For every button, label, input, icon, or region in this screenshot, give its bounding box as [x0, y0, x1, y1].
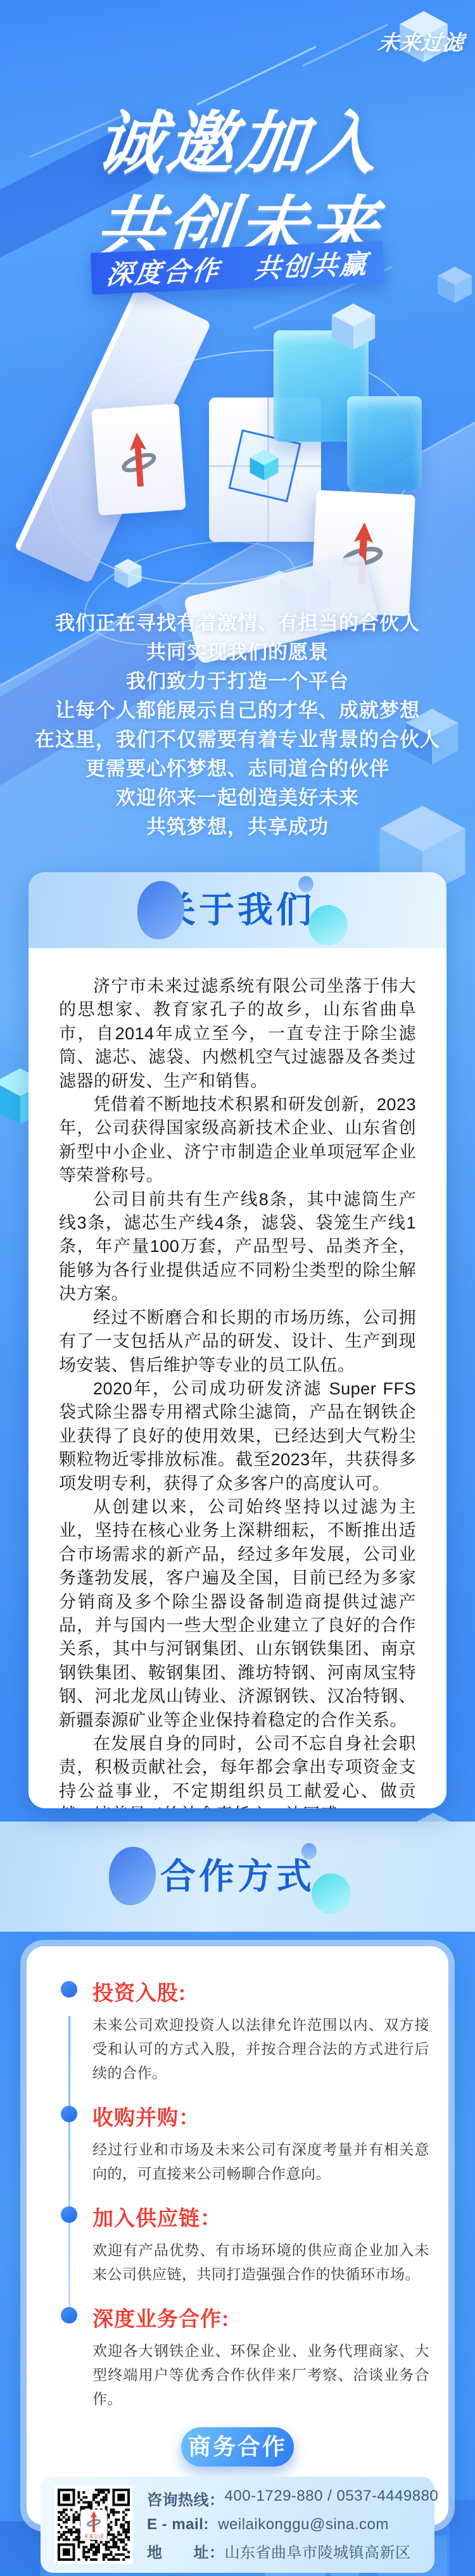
qr-code: 未来公司 — [54, 2485, 133, 2564]
about-us-header: 关于我们 — [28, 872, 446, 948]
address-value: 山东省曲阜市陵城镇高新区 — [225, 2540, 411, 2562]
about-paragraph: 从创建以来，公司始终坚持以过滤为主业，坚持在核心业务上深耕细耘，不断推出适合市场… — [59, 1496, 416, 1732]
cooperation-item: 加入供应链： 欢迎有产品优势、有市场环境的供应商企业加入未来公司供应链，共同打造… — [62, 2202, 429, 2286]
cooperation-item-body: 经过行业和市场及未来公司有深度考量并有相关意向的，可直接来公司畅聊合作意向。 — [92, 2137, 429, 2185]
contact-address-row: 地 址： 山东省曲阜市陵城镇高新区 — [147, 2540, 438, 2562]
intro-text-block: 我们正在寻找有着激情、有担当的合伙人 共同实现我们的愿景 我们致力于打造一个平台… — [0, 609, 475, 842]
bullet-dot-icon — [61, 1981, 77, 1998]
contact-rows: 咨询热线： 400-1729-880 / 0537-4449880 E - ma… — [147, 2487, 438, 2562]
mini-cube-decoration — [248, 449, 280, 481]
address-label: 地 址： — [147, 2540, 225, 2562]
about-paragraph: 在发展自身的同时，公司不忘自身社会职责，积极贡献社会，每年都会拿出专项资金支持公… — [59, 1732, 416, 1808]
white-cube-decoration — [329, 303, 377, 351]
cooperation-item-title: 投资入股: — [92, 1977, 429, 2006]
bullet-dot-icon — [61, 2106, 77, 2122]
about-paragraph: 2020年，公司成功研发济滤 Super FFS 袋式除尘器专用褶式除尘滤筒，产… — [59, 1377, 416, 1496]
up-arrow-swoosh-icon — [114, 423, 163, 497]
hero-title-line1: 诚邀加入 — [0, 106, 475, 181]
intro-line: 让每个人都能展示自己的才华、成就梦想 — [0, 696, 475, 725]
small-dot-icon — [301, 1843, 317, 1860]
hotline-label: 咨询热线： — [147, 2487, 225, 2510]
about-us-body: 济宁市未来过滤系统有限公司坐落于伟大的思想家、教育家孔子的故乡，山东省曲阜市，自… — [28, 948, 446, 1808]
intro-line: 共同实现我们的愿景 — [0, 638, 475, 667]
intro-line: 共筑梦想，共享成功 — [0, 813, 475, 842]
subtitle-right: 共创共赢 — [253, 243, 370, 286]
about-paragraph: 凭借着不断地技术积累和研发创新，2023年，公司获得国家级高新技术企业、山东省创… — [59, 1093, 416, 1188]
intro-line: 我们致力于打造一个平台 — [0, 667, 475, 696]
cooperation-item-body: 欢迎各大钢铁企业、环保企业、业务代理商家、大型终端用户等优秀合作伙伴来厂考察、洽… — [92, 2339, 429, 2411]
cooperation-item-title: 加入供应链： — [92, 2202, 429, 2232]
cooperation-section-header: 合作方式 — [0, 1822, 475, 1932]
intro-line: 更需要心怀梦想、志同道合的伙伴 — [0, 754, 475, 784]
contact-email-row: E - mail: weilaikonggu@sina.com — [147, 2516, 438, 2534]
diagonal-streak — [196, 46, 317, 106]
cooperation-card: 投资入股: 未来公司欢迎投资人以法律允许范围以内、双方接受和认可的方式入股，并按… — [27, 1946, 448, 2525]
hotline-value: 400-1729-880 / 0537-4449880 — [225, 2487, 439, 2510]
cooperation-item-title: 深度业务合作: — [92, 2303, 429, 2332]
business-cooperation-button[interactable]: 商务合作 — [181, 2427, 294, 2467]
email-label: E - mail: — [147, 2516, 218, 2534]
cooperation-item-title: 收购并购： — [92, 2101, 429, 2131]
brand-logo-text: 未来过滤 — [370, 27, 472, 56]
cooperation-items: 投资入股: 未来公司欢迎投资人以法律允许范围以内、双方接受和认可的方式入股，并按… — [27, 1946, 448, 2411]
qr-label: 未来公司 — [84, 2534, 104, 2539]
hero-3d-illustration — [0, 272, 475, 630]
brand-logo: 未来过滤 — [370, 13, 472, 67]
contact-panel: 未来公司 咨询热线： 400-1729-880 / 0537-4449880 E… — [41, 2477, 434, 2573]
recruitment-poster: 未来过滤 诚邀加入 共创未来 深度合作 共创共赢 — [0, 0, 475, 2576]
about-paragraph: 公司目前共有生产线8条，其中滤筒生产线3条，滤芯生产线4条，滤袋、袋笼生产线1条… — [59, 1188, 416, 1306]
contact-hotline-row: 咨询热线： 400-1729-880 / 0537-4449880 — [147, 2487, 438, 2510]
email-value: weilaikonggu@sina.com — [218, 2516, 389, 2534]
cooperation-item-body: 欢迎有产品优势、有市场环境的供应商企业加入未来公司供应链，共同打造强强合作的快循… — [92, 2238, 429, 2286]
cooperation-item: 投资入股: 未来公司欢迎投资人以法律允许范围以内、双方接受和认可的方式入股，并按… — [62, 1977, 429, 2085]
filter-cube-with-arrow — [91, 403, 186, 515]
up-arrow-swoosh-icon — [58, 2510, 130, 2533]
bullet-dot-icon — [61, 2206, 77, 2223]
intro-line: 我们正在寻找有着激情、有担当的合伙人 — [0, 609, 475, 638]
bottom-bar-decoration — [450, 2500, 475, 2576]
cooperation-title: 合作方式 — [0, 1822, 475, 1932]
cooperation-item-body: 未来公司欢迎投资人以法律允许范围以内、双方接受和认可的方式入股，并按合理合法的方… — [92, 2013, 429, 2085]
subtitle-left: 深度合作 — [105, 249, 222, 292]
about-us-card: 关于我们 济宁市未来过滤系统有限公司坐落于伟大的思想家、教育家孔子的故乡，山东省… — [28, 872, 446, 1808]
teal-circle-icon — [308, 905, 348, 946]
qr-center-logo: 未来公司 — [80, 2510, 107, 2540]
about-paragraph: 经过不断磨合和长期的市场历练，公司拥有了一支包括从产品的研发、设计、生产到现场安… — [59, 1306, 416, 1377]
about-paragraph: 济宁市未来过滤系统有限公司坐落于伟大的思想家、教育家孔子的故乡，山东省曲阜市，自… — [59, 975, 416, 1093]
cyan-glass-cube — [347, 396, 422, 490]
bottom-bar-decoration — [0, 2522, 41, 2576]
bullet-dot-icon — [61, 2307, 77, 2323]
small-dot-icon — [298, 876, 313, 892]
about-us-title: 关于我们 — [28, 872, 446, 948]
cooperation-item: 深度业务合作: 欢迎各大钢铁企业、环保企业、业务代理商家、大型终端用户等优秀合作… — [62, 2303, 429, 2411]
teal-circle-icon — [312, 1873, 351, 1914]
intro-line: 在这里，我们不仅需要有着专业背景的合伙人 — [0, 725, 475, 754]
cooperation-item: 收购并购： 经过行业和市场及未来公司有深度考量并有相关意向的，可直接来公司畅聊合… — [62, 2101, 429, 2185]
intro-line: 欢迎你来一起创造美好未来 — [0, 784, 475, 813]
